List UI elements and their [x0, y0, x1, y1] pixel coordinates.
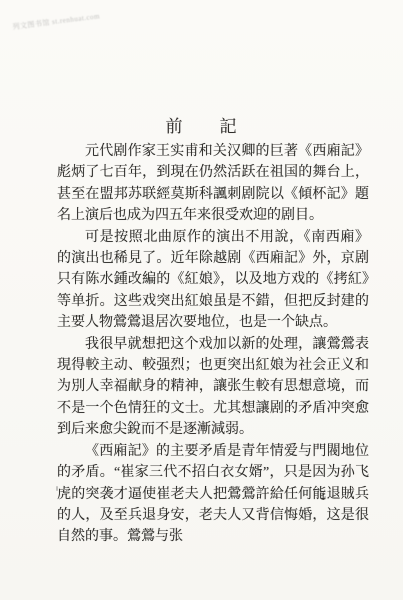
paragraph-1: 元代剧作家王实甫和关汉卿的巨著《西廂記》彪炳了七百年，到現在仍然活跃在祖国的舞台…	[57, 141, 369, 227]
page-title: 前 記	[0, 112, 403, 137]
paragraph-2: 可是按照北曲原作的演出不用說，《南西廂》的演出也稀見了。近年除越剧《西廂記》外，…	[57, 227, 369, 334]
body-text: 元代剧作家王实甫和关汉卿的巨著《西廂記》彪炳了七百年，到現在仍然活跃在祖国的舞台…	[57, 141, 369, 548]
page-number: 1	[320, 489, 326, 504]
watermark: 列文图书馆 st.renhuat.com	[12, 6, 142, 32]
paragraph-3: 我很早就想把这个戏加以新的处理，讓鶯鶯表現得較主动、較强烈；也更突出紅娘为社会正…	[57, 334, 369, 441]
book-page: 列文图书馆 st.renhuat.com 前 記 元代剧作家王实甫和关汉卿的巨著…	[0, 0, 403, 600]
scan-artifact	[56, 486, 58, 491]
